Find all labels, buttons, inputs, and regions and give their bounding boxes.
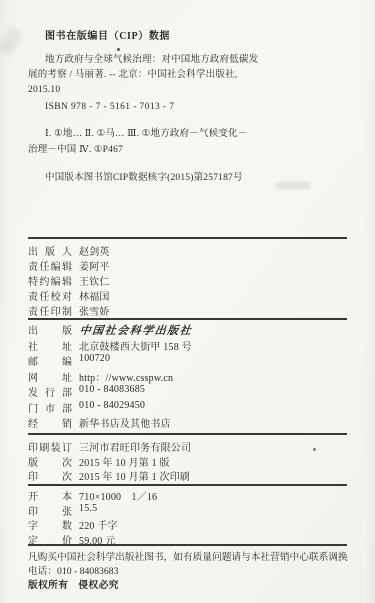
- format-value: 15.5: [79, 503, 97, 514]
- scan-speck: [117, 48, 120, 51]
- publisher-row: 社址 北京鼓楼西大街甲 158 号: [28, 338, 192, 354]
- publisher-name-calligraphy: 中国社会科学出版社: [79, 322, 193, 338]
- cip-heading: 图书在版编目（CIP）数据: [45, 29, 170, 44]
- staff-value: 赵剑英: [79, 243, 110, 258]
- cip-title-line: 地方政府与全球气候治理：对中国地方政府低碳发: [28, 53, 328, 68]
- format-row: 开本 710×1000 1／16: [28, 488, 157, 503]
- format-info: 开本 710×1000 1／16 印张 15.5 字数 220 千字 定价 59…: [28, 488, 157, 546]
- copyright-statement: 版权所有 侵权必究: [28, 579, 358, 593]
- divider: [28, 237, 347, 239]
- format-label: 印张: [28, 503, 72, 518]
- notice-line: 凡购买中国社会科学出版社图书，如有质量问题请与本社营销中心联系调换: [28, 551, 358, 565]
- publisher-row: 邮编 100720: [28, 353, 192, 369]
- divider: [28, 433, 347, 435]
- divider: [28, 318, 347, 320]
- printing-row: 版次 2015 年 10 月第 1 版: [28, 454, 191, 469]
- staff-label: 责任校对: [28, 288, 72, 303]
- printing-info: 印刷装订 三河市君旺印务有限公司 版次 2015 年 10 月第 1 版 印次 …: [28, 439, 191, 483]
- printing-label: 版次: [28, 454, 72, 469]
- staff-row: 出版人 赵剑英: [28, 243, 110, 258]
- staff-row: 责任校对 林福国: [28, 288, 110, 303]
- staff-label: 出版人: [28, 243, 72, 258]
- staff-label: 特约编辑: [28, 273, 72, 288]
- format-value: 710×1000 1／16: [79, 488, 157, 503]
- scan-speck: [313, 448, 316, 451]
- isbn-number: ISBN 978 - 7 - 5161 - 7013 - 7: [45, 100, 174, 115]
- publisher-label: 门市部: [28, 400, 72, 415]
- publisher-value: 100720: [79, 353, 110, 364]
- book-copyright-page: 图书在版编目（CIP）数据 地方政府与全球气候治理：对中国地方政府低碳发 展的考…: [0, 0, 375, 603]
- divider: [28, 544, 347, 546]
- staff-row: 责任编辑 姜阿平: [28, 258, 110, 273]
- publisher-label: 发行部: [28, 384, 72, 399]
- format-row: 印张 15.5: [28, 503, 157, 518]
- publisher-value: 北京鼓楼西大街甲 158 号: [79, 338, 192, 353]
- divider: [28, 484, 347, 486]
- cip-title-paragraph: 地方政府与全球气候治理：对中国地方政府低碳发 展的考察 / 马丽著. -- 北京…: [28, 53, 328, 98]
- staff-label: 责任编辑: [28, 258, 72, 273]
- printing-row: 印刷装订 三河市君旺印务有限公司: [28, 439, 191, 454]
- publisher-website: http：//www.csspw.cn: [79, 369, 173, 384]
- printing-value: 三河市君旺印务有限公司: [79, 439, 191, 454]
- staff-value: 姜阿平: [79, 258, 110, 273]
- printing-value: 2015 年 10 月第 1 次印刷: [79, 468, 190, 483]
- publisher-label: 网址: [28, 369, 72, 384]
- publisher-label: 邮编: [28, 353, 72, 368]
- publisher-row: 网址 http：//www.csspw.cn: [28, 369, 192, 385]
- notice-phone: 电话：010 - 84083683: [28, 565, 358, 579]
- cip-classification-line: Ⅰ. ①地… Ⅱ. ①马… Ⅲ. ①地方政府－气候变化－: [28, 126, 328, 142]
- format-value: 220 千字: [79, 517, 118, 532]
- staff-row: 特约编辑 王钦仁: [28, 273, 110, 288]
- publisher-phone: 010 - 84029450: [79, 400, 145, 411]
- cip-title-line: 2015.10: [28, 83, 328, 98]
- staff-value: 林福国: [79, 288, 110, 303]
- staff-value: 张雪娇: [79, 303, 110, 318]
- publisher-label: 经销: [28, 415, 72, 430]
- publisher-row: 发行部 010 - 84083685: [28, 384, 192, 400]
- scan-smudge: [0, 26, 23, 56]
- scan-smudge: [276, 182, 310, 189]
- publisher-info: 出版 中国社会科学出版社 社址 北京鼓楼西大街甲 158 号 邮编 100720…: [28, 322, 192, 431]
- format-label: 字数: [28, 517, 72, 532]
- printing-value: 2015 年 10 月第 1 版: [79, 454, 170, 469]
- printing-row: 印次 2015 年 10 月第 1 次印刷: [28, 468, 191, 483]
- cip-record-number: 中国版本图书馆CIP数据核字(2015)第257187号: [45, 171, 243, 186]
- staff-row: 责任印制 张雪娇: [28, 303, 110, 318]
- publisher-row: 出版 中国社会科学出版社: [28, 322, 192, 338]
- publisher-phone: 010 - 84083685: [79, 384, 145, 395]
- staff-label: 责任印制: [28, 303, 72, 318]
- publisher-row: 经销 新华书店及其他书店: [28, 415, 192, 431]
- format-label: 开本: [28, 488, 72, 503]
- staff-credits: 出版人 赵剑英 责任编辑 姜阿平 特约编辑 王钦仁 责任校对 林福国 责任印制 …: [28, 243, 110, 318]
- cip-title-line: 展的考察 / 马丽著. -- 北京：中国社会科学出版社,: [28, 68, 328, 83]
- cip-classification: Ⅰ. ①地… Ⅱ. ①马… Ⅲ. ①地方政府－气候变化－ 治理－中国 Ⅳ. ①P…: [28, 126, 328, 158]
- publisher-value: 新华书店及其他书店: [79, 415, 171, 430]
- printing-label: 印刷装订: [28, 439, 72, 454]
- printing-label: 印次: [28, 468, 72, 483]
- publisher-label: 社址: [28, 338, 72, 353]
- purchase-notice: 凡购买中国社会科学出版社图书，如有质量问题请与本社营销中心联系调换 电话：010…: [28, 551, 358, 593]
- publisher-row: 门市部 010 - 84029450: [28, 400, 192, 416]
- staff-value: 王钦仁: [79, 273, 110, 288]
- format-row: 字数 220 千字: [28, 517, 157, 532]
- cip-classification-line: 治理－中国 Ⅳ. ①P467: [28, 142, 328, 158]
- publisher-label: 出版: [28, 322, 72, 337]
